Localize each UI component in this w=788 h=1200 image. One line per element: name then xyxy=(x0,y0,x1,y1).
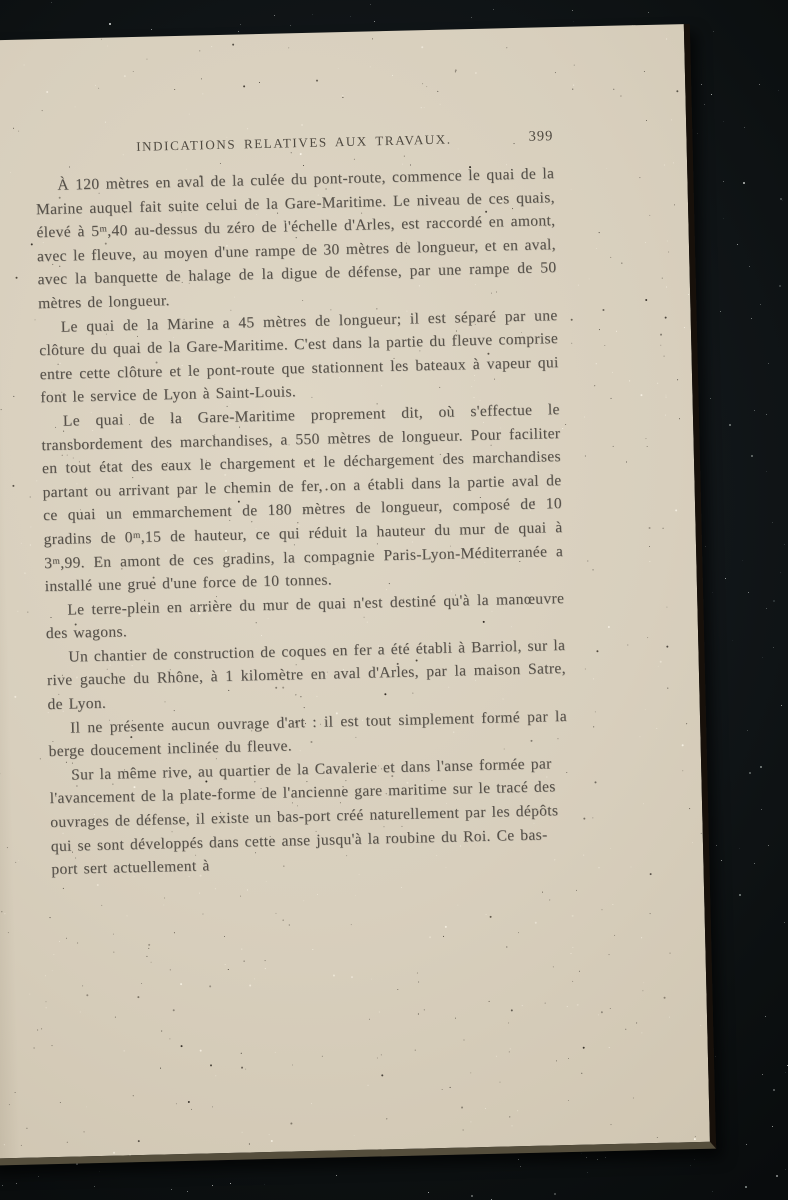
paragraph: Le quai de la Gare-Maritime proprement d… xyxy=(41,398,564,599)
paragraph: Le quai de la Marine a 45 mètres de long… xyxy=(38,304,559,410)
text-block: INDICATIONS RELATIVES AUX TRAVAUX. 399 À… xyxy=(34,128,570,882)
paragraph: Sur la même rive, au quartier de la Cava… xyxy=(49,752,571,882)
scan-background: INDICATIONS RELATIVES AUX TRAVAUX. 399 À… xyxy=(0,0,788,1200)
page-header: INDICATIONS RELATIVES AUX TRAVAUX. 399 xyxy=(34,128,553,158)
running-title: INDICATIONS RELATIVES AUX TRAVAUX. xyxy=(136,132,452,154)
book-page: INDICATIONS RELATIVES AUX TRAVAUX. 399 À… xyxy=(0,24,716,1166)
paragraph: Un chantier de construction de coques en… xyxy=(46,634,567,717)
page-number: 399 xyxy=(528,128,553,146)
paragraph: À 120 mètres en aval de la culée du pont… xyxy=(35,162,557,316)
